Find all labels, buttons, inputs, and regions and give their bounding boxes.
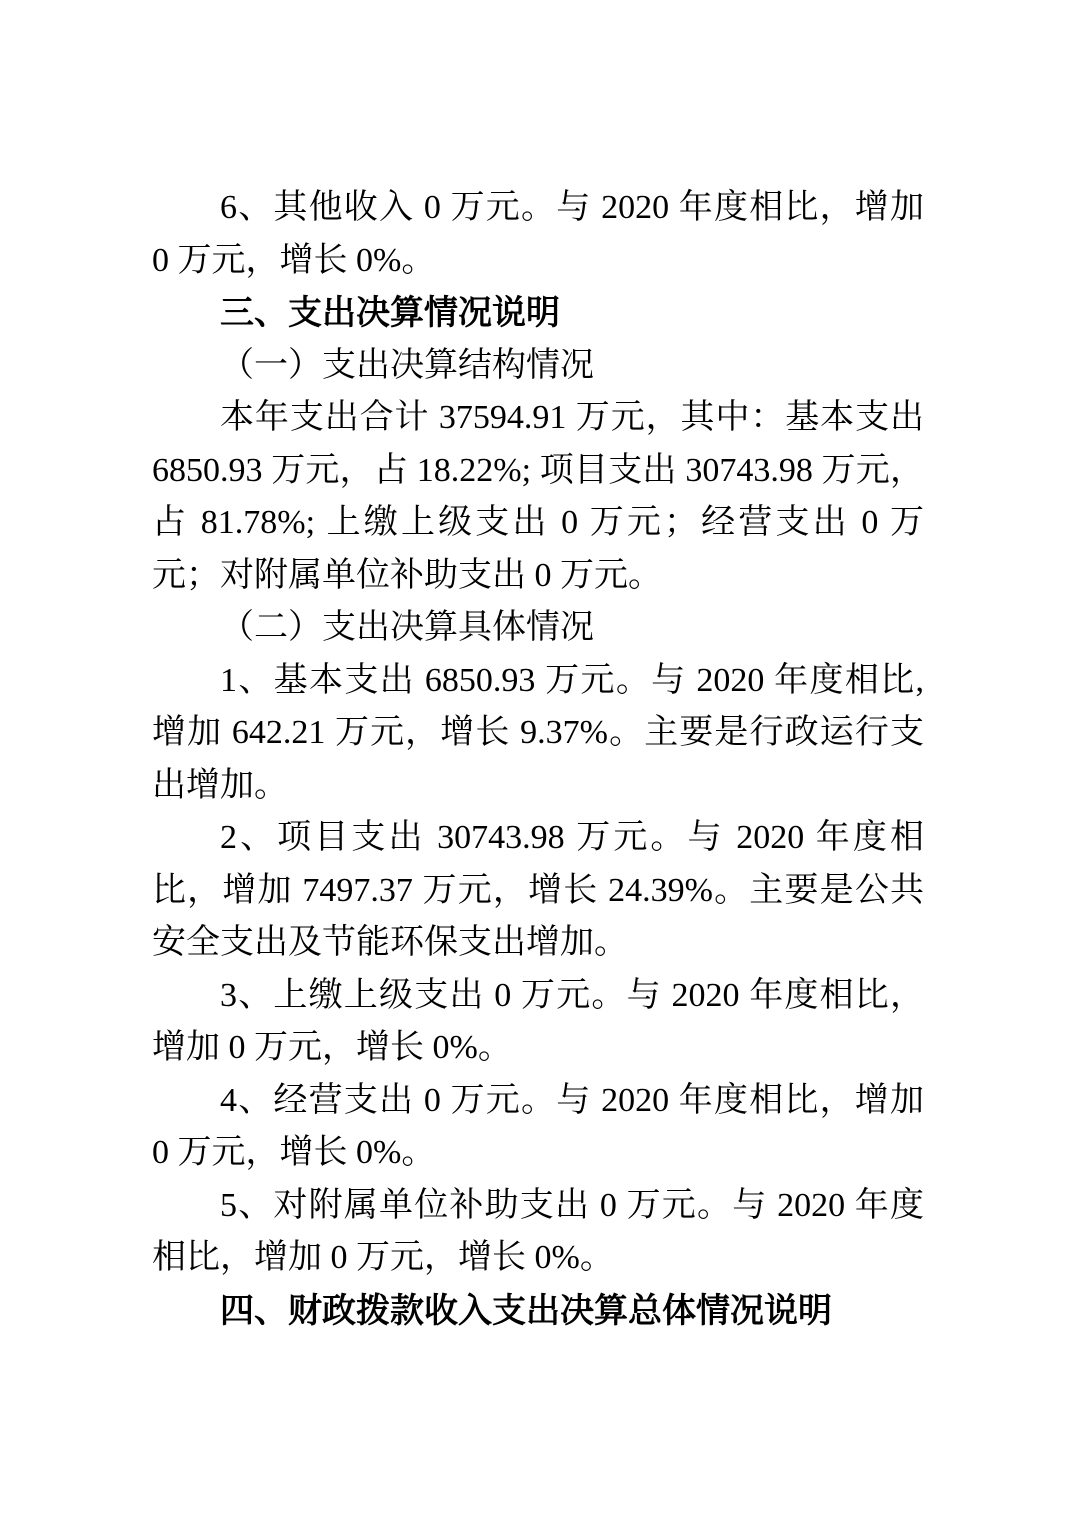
document-page: 6、其他收入 0 万元。与 2020 年度相比，增加 0 万元，增长 0%。 三… <box>0 0 1074 1520</box>
paragraph-operating-expenditure: 4、经营支出 0 万元。与 2020 年度相比，增加 0 万元，增长 0%。 <box>152 1075 924 1180</box>
heading-section-3-expenditure-overview: 三、支出决算情况说明 <box>152 287 924 340</box>
paragraph-other-income: 6、其他收入 0 万元。与 2020 年度相比，增加 0 万元，增长 0%。 <box>152 182 924 287</box>
subheading-expenditure-structure: （一）支出决算结构情况 <box>152 340 924 393</box>
paragraph-project-expenditure: 2、项目支出 30743.98 万元。与 2020 年度相比，增加 7497.3… <box>152 812 924 970</box>
paragraph-upper-level-expenditure: 3、上缴上级支出 0 万元。与 2020 年度相比，增加 0 万元，增长 0%。 <box>152 970 924 1075</box>
subheading-expenditure-details: （二）支出决算具体情况 <box>152 602 924 655</box>
paragraph-affiliated-unit-subsidy-expenditure: 5、对附属单位补助支出 0 万元。与 2020 年度相比，增加 0 万元，增长 … <box>152 1180 924 1285</box>
heading-section-4-fiscal-appropriation: 四、财政拨款收入支出决算总体情况说明 <box>152 1285 924 1338</box>
paragraph-expenditure-structure: 本年支出合计 37594.91 万元，其中：基本支出 6850.93 万元，占 … <box>152 392 924 602</box>
paragraph-basic-expenditure: 1、基本支出 6850.93 万元。与 2020 年度相比,增加 642.21 … <box>152 655 924 813</box>
